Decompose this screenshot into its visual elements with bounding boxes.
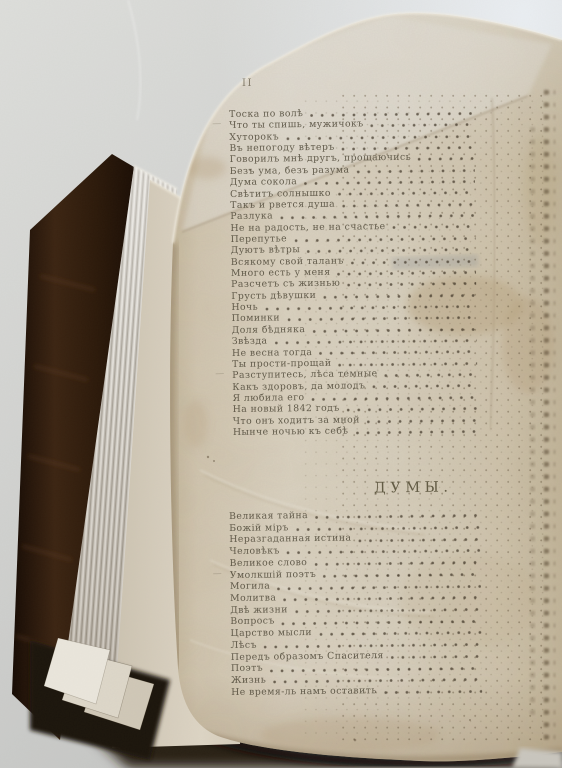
book-photograph: II Тоска по волѣЧто ты спишь, мужичокъХу… <box>0 0 562 768</box>
photo-scene <box>0 0 562 768</box>
photo-grain <box>0 0 562 768</box>
